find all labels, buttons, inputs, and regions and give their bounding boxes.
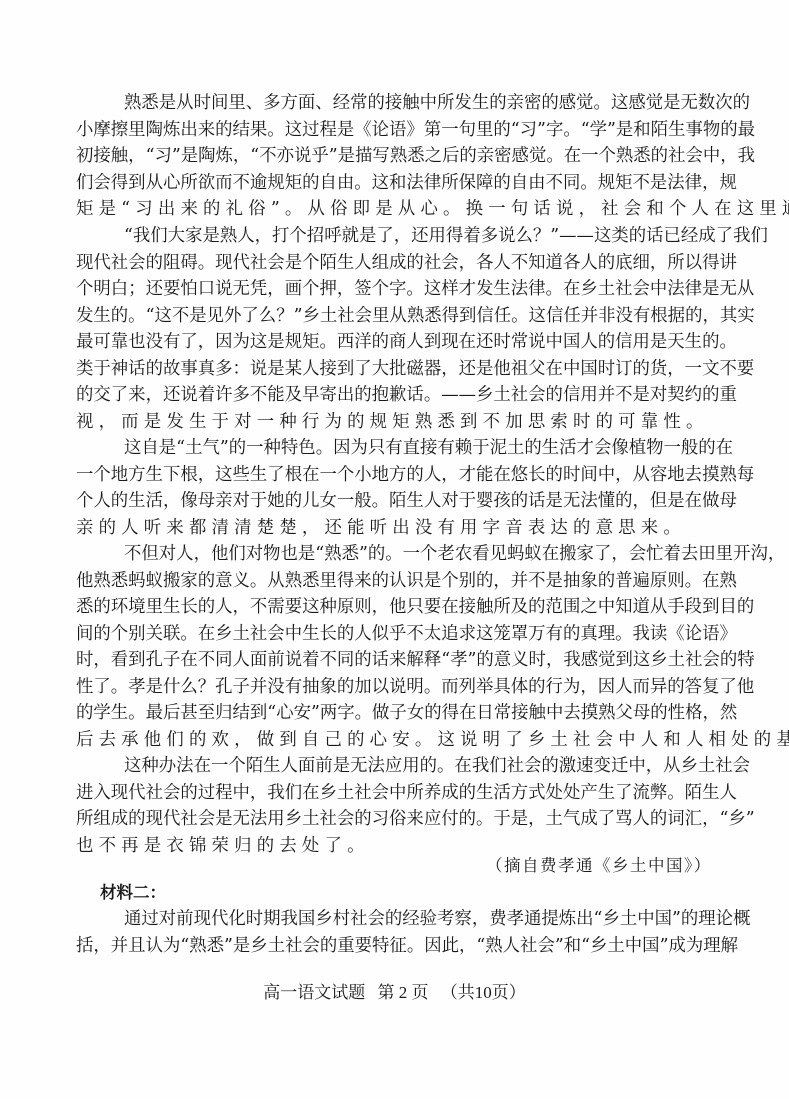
text-line: 矩是“习出来的礼俗”。从俗即是从心。换一句话说，社会和个人在这里通了家。 (76, 196, 656, 223)
text-line: 这种办法在一个陌生人面前是无法应用的。在我们社会的激速变迁中，从乡土社会 (76, 753, 654, 780)
text-line: 时，看到孔子在不同人面前说着不同的话来解释“孝”的意义时，我感觉到这乡土社会的特 (76, 647, 654, 674)
text-line: 的交了来，还说着许多不能及早寄出的抱歉话。——乡土社会的信用并不是对契约的重 (76, 382, 654, 409)
text-line: 最可靠也没有了，因为这是规矩。西洋的商人到现在还时常说中国人的信用是天生的。 (76, 329, 654, 356)
text-line: 不但对人，他们对物也是“熟悉”的。一个老农看见蚂蚁在搬家了，会忙着去田里开沟， (76, 541, 654, 568)
text-line: 这自是“土气”的一种特色。因为只有直接有赖于泥土的生活才会像植物一般的在 (76, 435, 654, 462)
text-line: 个明白；还要怕口说无凭，画个押，签个字。这样才发生法律。在乡土社会中法律是无从 (76, 276, 654, 303)
paragraph-1: 熟悉是从时间里、多方面、经常的接触中所发生的亲密的感觉。这感觉是无数次的 小摩擦… (76, 90, 656, 223)
text-line: 个人的生活，像母亲对于她的儿女一般。陌生人对于婴孩的话是无法懂的，但是在做母 (76, 488, 654, 515)
page-total: （共10页） (441, 983, 526, 1002)
text-line: 进入现代社会的过程中，我们在乡土社会中所养成的生活方式处处产生了流弊。陌生人 (76, 780, 654, 807)
source-citation: （摘自费孝通《乡土中国》） (486, 854, 712, 878)
text-line: 发生的。“这不是见外了么？”乡土社会里从熟悉得到信任。这信任并非没有根据的，其实 (76, 303, 654, 330)
text-line: 后去承他们的欢，做到自己的心安。这说明了乡土社会中人和人相处的基本办法。 (76, 727, 656, 754)
text-line: 小摩擦里陶炼出来的结果。这过程是《论语》第一句里的“习”字。“学”是和陌生事物的… (76, 117, 654, 144)
paragraph-4: 不但对人，他们对物也是“熟悉”的。一个老农看见蚂蚁在搬家了，会忙着去田里开沟， … (76, 541, 656, 753)
text-line: 间的个别关联。在乡土社会中生长的人似乎不太追求这笼罩万有的真理。我读《论语》 (76, 621, 654, 648)
text-line: 所组成的现代社会是无法用乡土社会的习俗来应付的。于是，土气成了骂人的词汇，“乡” (76, 806, 654, 833)
text-line: 通过对前现代化时期我国乡村社会的经验考察，费孝通提炼出“乡土中国”的理论概 (76, 906, 654, 933)
exam-title: 高一语文试题 (263, 983, 365, 1002)
text-line: 熟悉是从时间里、多方面、经常的接触中所发生的亲密的感觉。这感觉是无数次的 (76, 90, 654, 117)
text-line: 类于神话的故事真多：说是某人接到了大批磁器，还是他祖父在中国时订的货，一文不要 (76, 356, 654, 383)
text-line: 他熟悉蚂蚁搬家的意义。从熟悉里得来的认识是个别的，并不是抽象的普遍原则。在熟 (76, 568, 654, 595)
material-two-paragraph: 通过对前现代化时期我国乡村社会的经验考察，费孝通提炼出“乡土中国”的理论概 括，… (76, 906, 656, 959)
paragraph-5: 这种办法在一个陌生人面前是无法应用的。在我们社会的激速变迁中，从乡土社会 进入现… (76, 753, 656, 859)
exam-page: 熟悉是从时间里、多方面、经常的接触中所发生的亲密的感觉。这感觉是无数次的 小摩擦… (0, 0, 789, 1099)
text-line: 现代社会的阻碍。现代社会是个陌生人组成的社会，各人不知道各人的底细，所以得讲 (76, 250, 654, 277)
text-line: 的学生。最后甚至归结到“心安”两字。做子女的得在日常接触中去摸熟父母的性格，然 (76, 700, 654, 727)
material-two-heading: 材料二： (100, 881, 166, 905)
paragraph-2: “我们大家是熟人，打个招呼就是了，还用得着多说么？”——这类的话已经成了我们 现… (76, 223, 656, 435)
paragraph-3: 这自是“土气”的一种特色。因为只有直接有赖于泥土的生活才会像植物一般的在 一个地… (76, 435, 656, 541)
text-line: 亲的人听来都清清楚楚，还能听出没有用字音表达的意思来。 (76, 515, 656, 542)
text-line: 初接触，“习”是陶炼，“不亦说乎”是描写熟悉之后的亲密感觉。在一个熟悉的社会中，… (76, 143, 654, 170)
text-line: “我们大家是熟人，打个招呼就是了，还用得着多说么？”——这类的话已经成了我们 (76, 223, 654, 250)
text-line: 们会得到从心所欲而不逾规矩的自由。这和法律所保障的自由不同。规矩不是法律，规 (76, 170, 654, 197)
text-line: 括，并且认为“熟悉”是乡土社会的重要特征。因此，“熟人社会”和“乡土中国”成为理… (76, 933, 654, 960)
text-line: 悉的环境里生长的人，不需要这种原则，他只要在接触所及的范围之中知道从手段到目的 (76, 594, 654, 621)
text-line: 性了。孝是什么？孔子并没有抽象的加以说明。而列举具体的行为，因人而异的答复了他 (76, 674, 654, 701)
text-line: 视，而是发生于对一种行为的规矩熟悉到不加思索时的可靠性。 (76, 409, 656, 436)
page-footer: 高一语文试题 第 2 页 （共10页） (0, 981, 789, 1005)
text-line: 一个地方生下根，这些生了根在一个小地方的人，才能在悠长的时间中，从容地去摸熟每 (76, 462, 654, 489)
page-number: 第 2 页 (378, 983, 429, 1002)
